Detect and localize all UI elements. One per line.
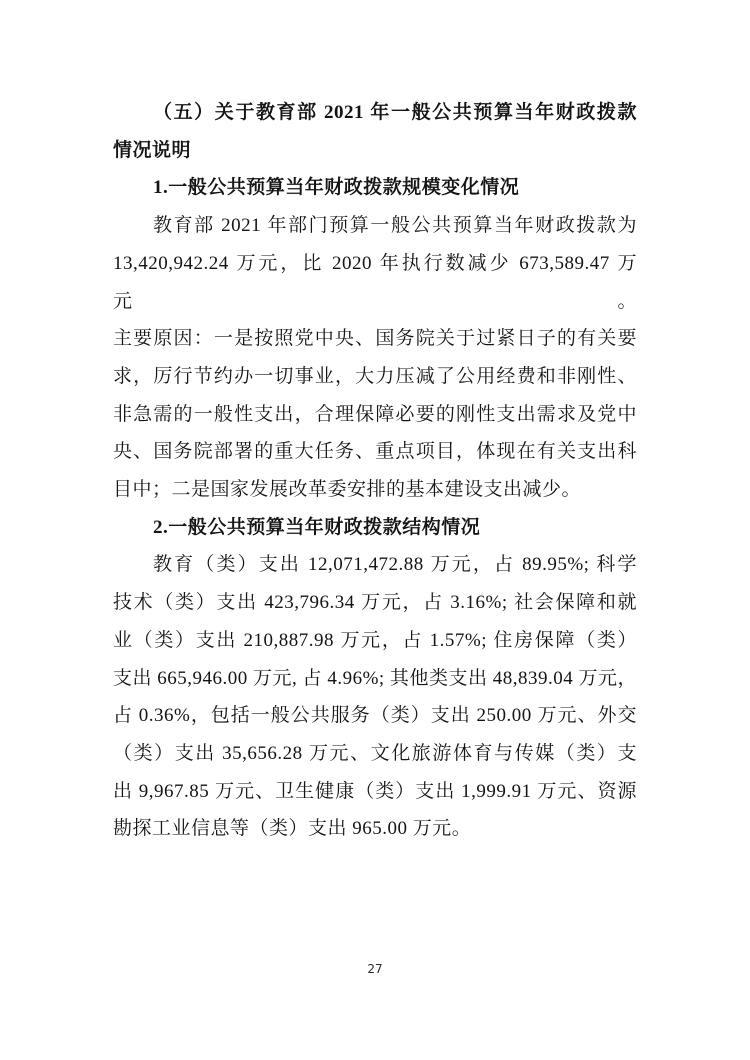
document-page: （五）关于教育部 2021 年一般公共预算当年财政拨款 情况说明 1.一般公共预…: [0, 0, 750, 1060]
paragraph-line: 求，厉行节约办一切事业，大力压减了公用经费和非刚性、: [113, 358, 637, 396]
paragraph-line: （类）支出 35,656.28 万元、文化旅游体育与传媒（类）支: [113, 735, 637, 773]
page-number: 27: [113, 962, 637, 976]
document-body: （五）关于教育部 2021 年一般公共预算当年财政拨款 情况说明 1.一般公共预…: [113, 94, 637, 848]
paragraph-line: 技术（类）支出 423,796.34 万元，占 3.16%; 社会保障和就: [113, 584, 637, 622]
subsection-1-title: 1.一般公共预算当年财政拨款规模变化情况: [113, 169, 637, 207]
paragraph-line: 非急需的一般性支出，合理保障必要的刚性支出需求及党中: [113, 396, 637, 434]
section-heading-line-2: 情况说明: [113, 132, 637, 170]
section-heading-line-1: （五）关于教育部 2021 年一般公共预算当年财政拨款: [113, 94, 637, 132]
paragraph-line: 目中；二是国家发展改革委安排的基本建设支出减少。: [113, 471, 637, 509]
paragraph-line: 勘探工业信息等（类）支出 965.00 万元。: [113, 810, 637, 848]
paragraph-line: 13,420,942.24 万元，比 2020 年执行数减少 673,589.4…: [113, 245, 637, 320]
paragraph-line: 教育部 2021 年部门预算一般公共预算当年财政拨款为: [113, 207, 637, 245]
paragraph-line: 占 0.36%，包括一般公共服务（类）支出 250.00 万元、外交: [113, 697, 637, 735]
subsection-2-title: 2.一般公共预算当年财政拨款结构情况: [113, 509, 637, 547]
paragraph-line: 教育（类）支出 12,071,472.88 万元，占 89.95%; 科学: [113, 546, 637, 584]
paragraph-line: 支出 665,946.00 万元, 占 4.96%; 其他类支出 48,839.…: [113, 660, 637, 698]
paragraph-line: 主要原因：一是按照党中央、国务院关于过紧日子的有关要: [113, 320, 637, 358]
paragraph-line: 业（类）支出 210,887.98 万元，占 1.57%; 住房保障（类）: [113, 622, 637, 660]
paragraph-line: 出 9,967.85 万元、卫生健康（类）支出 1,999.91 万元、资源: [113, 773, 637, 811]
paragraph-line: 央、国务院部署的重大任务、重点项目，体现在有关支出科: [113, 433, 637, 471]
